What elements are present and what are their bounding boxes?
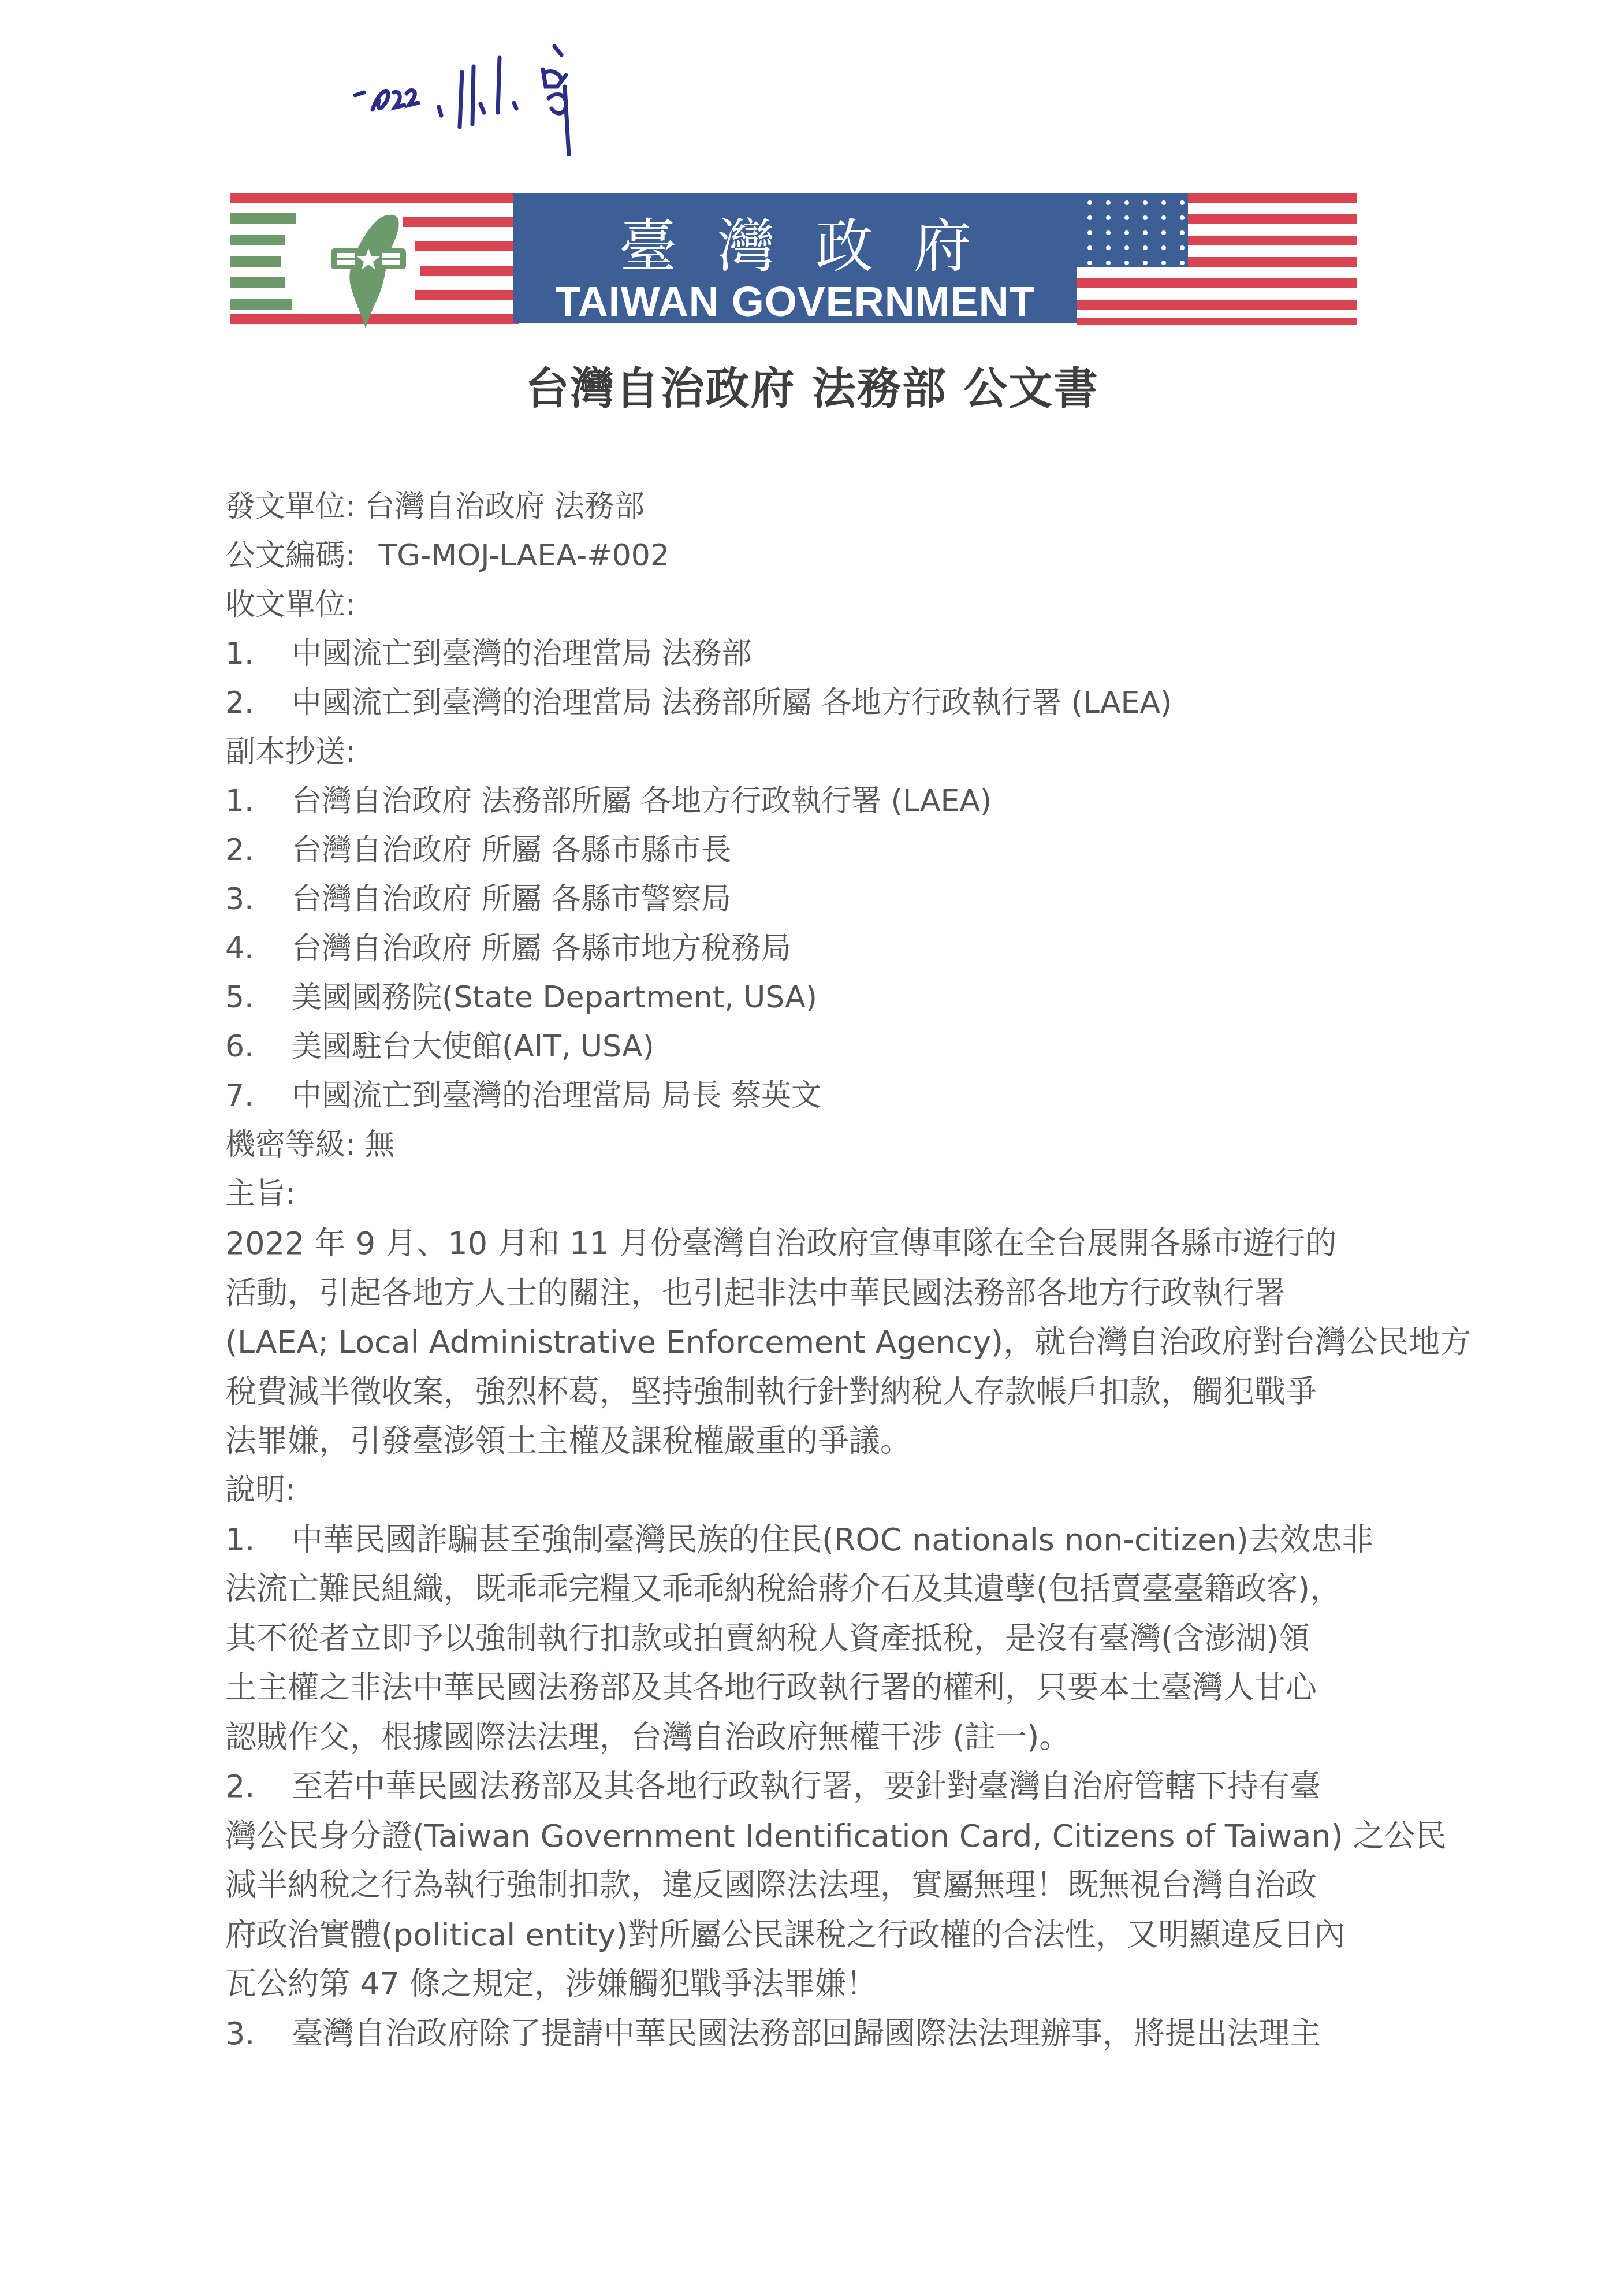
cc-item: 2.台灣自治政府 所屬 各縣市縣市長: [225, 826, 1357, 875]
explanation-label: 說明:: [225, 1466, 1357, 1515]
classification-field: 機密等級:無: [225, 1121, 1357, 1170]
cc-label: 副本抄送:: [225, 728, 1357, 777]
classification-label: 機密等級:: [225, 1127, 356, 1162]
doc-code-label: 公文編碼:: [225, 538, 356, 573]
doc-code-field: 公文編碼:TG-MOJ-LAEA-#002: [225, 531, 1357, 580]
cc-item: 4.台灣自治政府 所屬 各縣市地方稅務局: [225, 924, 1357, 973]
explanation-item-2: 2.至若中華民國法務部及其各地行政執行署，要針對臺灣自治府管轄下持有臺 灣公民身…: [225, 1762, 1357, 2009]
cc-item: 6.美國駐台大使館(AIT, USA): [225, 1022, 1357, 1071]
recipients-label: 收文單位:: [225, 580, 1357, 630]
subject-paragraph: 2022 年 9 月、10 月和 11 月份臺灣自治政府宣傳車隊在全台展開各縣市…: [225, 1219, 1357, 1466]
document-title: 台灣自治政府 法務部 公文書: [0, 353, 1624, 416]
explanation-item-3: 3.臺灣自治政府除了提請中華民國法務部回歸國際法法理辦事，將提出法理主: [225, 2009, 1357, 2059]
cc-item: 1.台灣自治政府 法務部所屬 各地方行政執行署 (LAEA): [225, 777, 1357, 826]
banner-chinese-title: 臺灣政府: [513, 200, 1077, 283]
classification-value: 無: [365, 1127, 395, 1162]
document-body: 發文單位:台灣自治政府 法務部 公文編碼:TG-MOJ-LAEA-#002 收文…: [225, 482, 1357, 2058]
cc-item: 5.美國國務院(State Department, USA): [225, 973, 1357, 1022]
recipient-item: 1.中國流亡到臺灣的治理當局 法務部: [225, 630, 1357, 679]
issuer-label: 發文單位:: [225, 489, 356, 524]
subject-label: 主旨:: [225, 1170, 1357, 1219]
doc-code-value: TG-MOJ-LAEA-#002: [379, 538, 669, 573]
recipient-item: 2.中國流亡到臺灣的治理當局 法務部所屬 各地方行政執行署 (LAEA): [225, 679, 1357, 728]
us-flag-icon: [1077, 188, 1357, 328]
explanation-item-1: 1.中華民國詐騙甚至強制臺灣民族的住民(ROC nationals non-ci…: [225, 1515, 1357, 1762]
taiwan-island-star-emblem: [328, 213, 409, 328]
banner-title-panel: 臺灣政府 TAIWAN GOVERNMENT: [513, 193, 1077, 323]
issuer-value: 台灣自治政府 法務部: [365, 489, 645, 524]
taiwan-government-banner: 臺灣政府 TAIWAN GOVERNMENT: [230, 188, 1357, 328]
issuer-field: 發文單位:台灣自治政府 法務部: [225, 482, 1357, 531]
cc-item: 7.中國流亡到臺灣的治理當局 局長 蔡英文: [225, 1071, 1357, 1121]
cc-item: 3.台灣自治政府 所屬 各縣市警察局: [225, 875, 1357, 924]
handwritten-date-note: 2022、11、1、寄: [347, 40, 809, 156]
us-flag-stars: [1077, 193, 1188, 267]
banner-english-title: TAIWAN GOVERNMENT: [513, 278, 1077, 326]
